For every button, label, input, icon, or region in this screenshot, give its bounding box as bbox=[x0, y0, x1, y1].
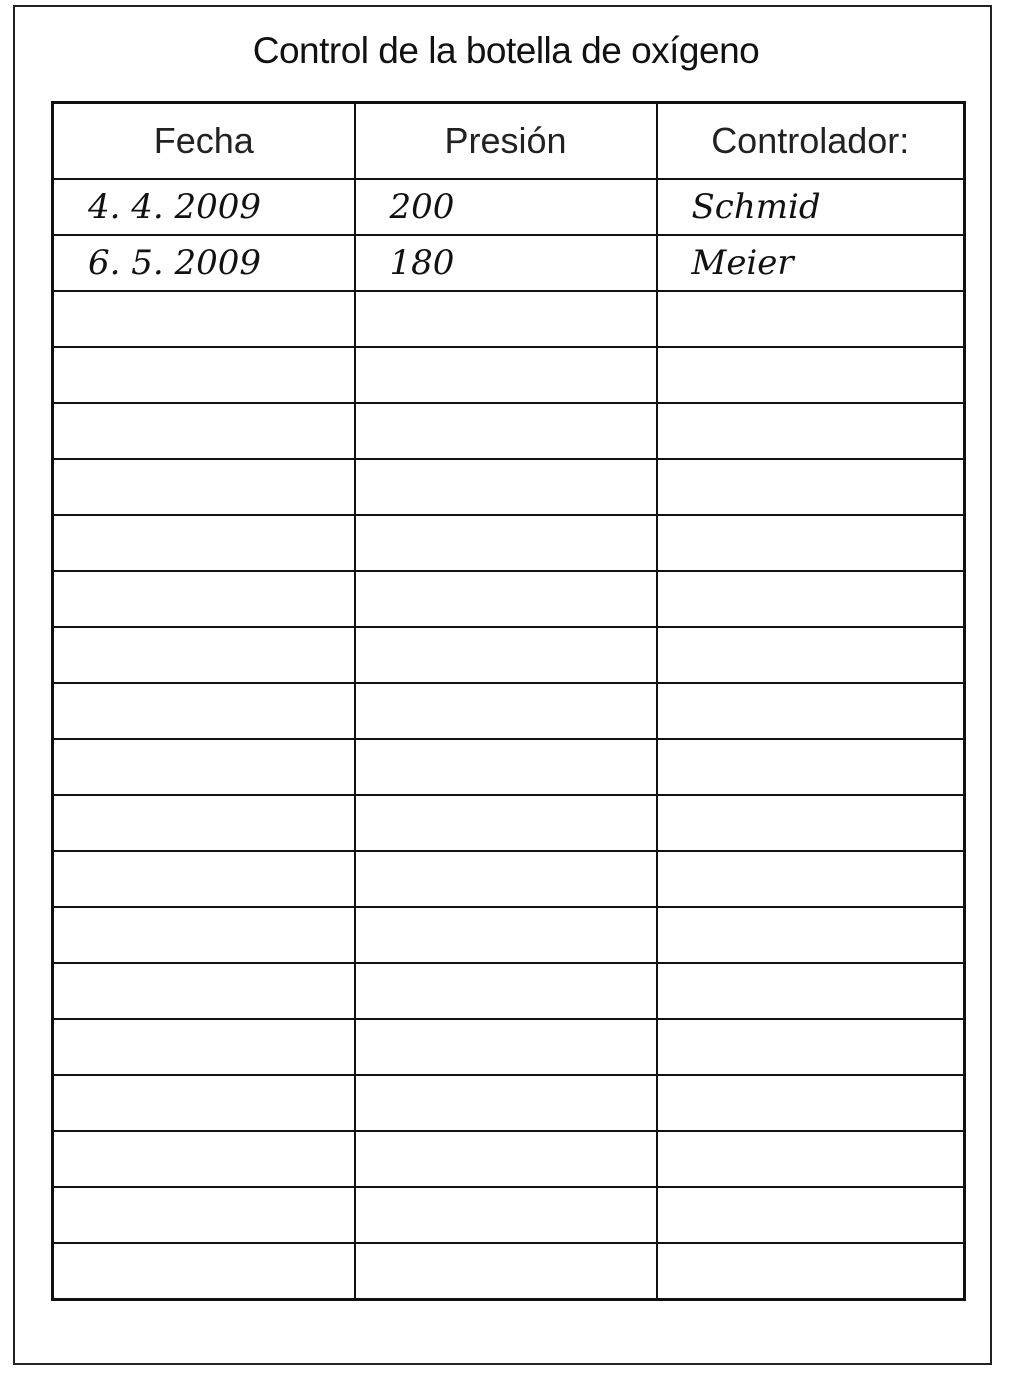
table-row bbox=[53, 291, 965, 347]
table-row bbox=[53, 907, 965, 963]
date-cell bbox=[53, 571, 355, 627]
controller-cell bbox=[657, 907, 965, 963]
date-cell: 4. 4. 2009 bbox=[53, 179, 355, 235]
date-cell bbox=[53, 347, 355, 403]
controller-cell bbox=[657, 963, 965, 1019]
pressure-cell bbox=[355, 571, 657, 627]
table-row bbox=[53, 851, 965, 907]
pressure-cell bbox=[355, 459, 657, 515]
pressure-cell bbox=[355, 1131, 657, 1187]
pressure-cell bbox=[355, 1075, 657, 1131]
pressure-cell bbox=[355, 683, 657, 739]
date-cell bbox=[53, 683, 355, 739]
table-row bbox=[53, 1187, 965, 1243]
controller-cell bbox=[657, 627, 965, 683]
date-cell bbox=[53, 1019, 355, 1075]
controller-cell bbox=[657, 851, 965, 907]
table-row bbox=[53, 683, 965, 739]
pressure-cell bbox=[355, 907, 657, 963]
controller-cell bbox=[657, 403, 965, 459]
date-cell bbox=[53, 1187, 355, 1243]
pressure-cell bbox=[355, 795, 657, 851]
table-row bbox=[53, 1243, 965, 1300]
date-cell: 6. 5. 2009 bbox=[53, 235, 355, 291]
controller-cell bbox=[657, 459, 965, 515]
pressure-cell: 180 bbox=[355, 235, 657, 291]
controller-cell bbox=[657, 739, 965, 795]
controller-cell bbox=[657, 1075, 965, 1131]
date-cell bbox=[53, 515, 355, 571]
date-cell bbox=[53, 739, 355, 795]
table-row bbox=[53, 627, 965, 683]
table-row bbox=[53, 1075, 965, 1131]
pressure-cell bbox=[355, 963, 657, 1019]
table-row bbox=[53, 459, 965, 515]
table-row bbox=[53, 739, 965, 795]
table-row bbox=[53, 1019, 965, 1075]
controller-cell bbox=[657, 1131, 965, 1187]
controller-cell bbox=[657, 571, 965, 627]
date-cell bbox=[53, 851, 355, 907]
controller-cell: Meier bbox=[657, 235, 965, 291]
pressure-cell bbox=[355, 739, 657, 795]
table-row bbox=[53, 1131, 965, 1187]
table-row bbox=[53, 515, 965, 571]
controller-cell bbox=[657, 1019, 965, 1075]
log-table: Fecha Presión Controlador: 4. 4. 2009200… bbox=[51, 101, 966, 1301]
pressure-cell bbox=[355, 403, 657, 459]
pressure-cell bbox=[355, 347, 657, 403]
header-fecha: Fecha bbox=[53, 103, 355, 180]
header-presion: Presión bbox=[355, 103, 657, 180]
controller-cell: Schmid bbox=[657, 179, 965, 235]
date-cell bbox=[53, 907, 355, 963]
header-row: Fecha Presión Controlador: bbox=[53, 103, 965, 180]
date-cell bbox=[53, 1075, 355, 1131]
table-row bbox=[53, 963, 965, 1019]
date-cell bbox=[53, 627, 355, 683]
table-row: 4. 4. 2009200Schmid bbox=[53, 179, 965, 235]
controller-cell bbox=[657, 347, 965, 403]
controller-cell bbox=[657, 1187, 965, 1243]
pressure-cell bbox=[355, 515, 657, 571]
controller-cell bbox=[657, 1243, 965, 1300]
table-row bbox=[53, 403, 965, 459]
date-cell bbox=[53, 795, 355, 851]
pressure-cell bbox=[355, 1243, 657, 1300]
controller-cell bbox=[657, 291, 965, 347]
table-row bbox=[53, 795, 965, 851]
header-controlador: Controlador: bbox=[657, 103, 965, 180]
date-cell bbox=[53, 1131, 355, 1187]
controller-cell bbox=[657, 515, 965, 571]
pressure-cell bbox=[355, 291, 657, 347]
date-cell bbox=[53, 459, 355, 515]
date-cell bbox=[53, 1243, 355, 1300]
date-cell bbox=[53, 963, 355, 1019]
table-row bbox=[53, 571, 965, 627]
pressure-cell bbox=[355, 1019, 657, 1075]
controller-cell bbox=[657, 683, 965, 739]
date-cell bbox=[53, 291, 355, 347]
pressure-cell bbox=[355, 627, 657, 683]
table-row bbox=[53, 347, 965, 403]
controller-cell bbox=[657, 795, 965, 851]
pressure-cell: 200 bbox=[355, 179, 657, 235]
table-row: 6. 5. 2009180Meier bbox=[53, 235, 965, 291]
pressure-cell bbox=[355, 1187, 657, 1243]
date-cell bbox=[53, 403, 355, 459]
form-title: Control de la botella de oxígeno bbox=[0, 30, 1012, 72]
pressure-cell bbox=[355, 851, 657, 907]
